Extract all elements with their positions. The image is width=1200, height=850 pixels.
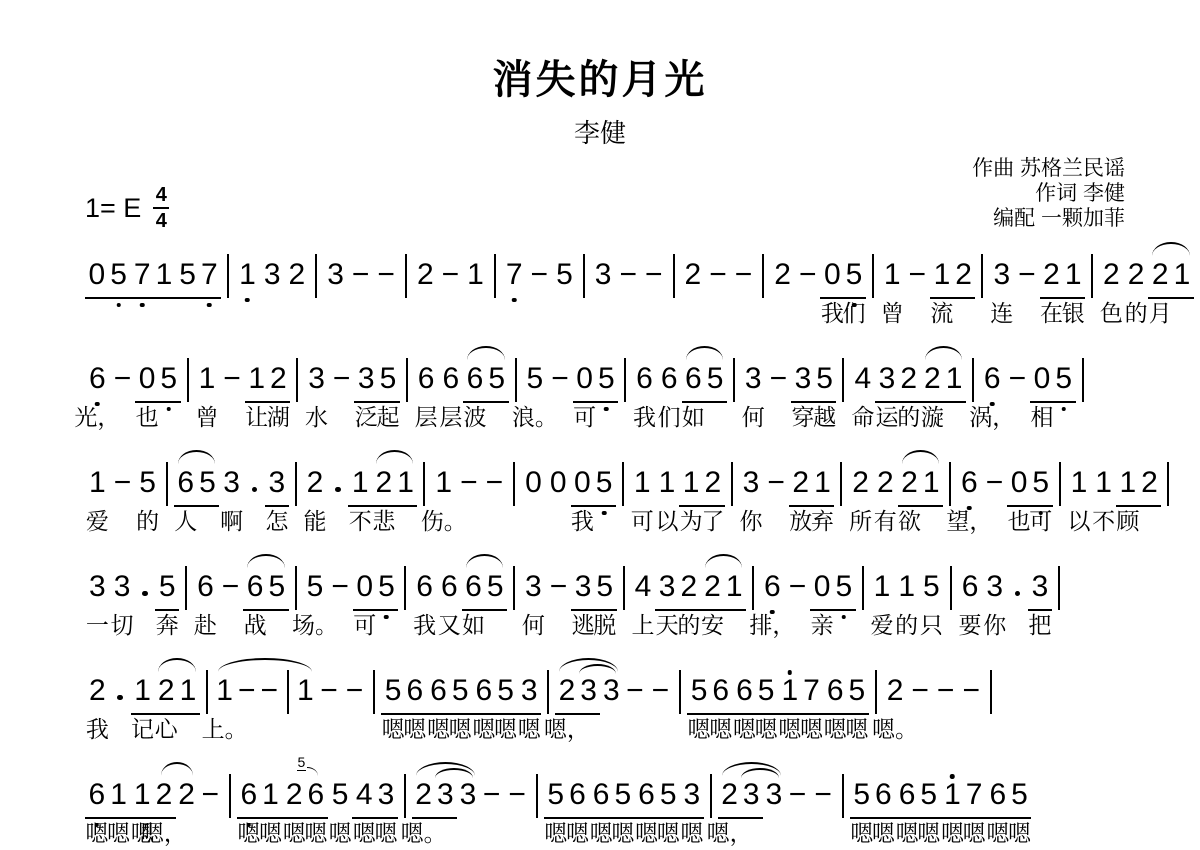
note: 3嗯 [521, 671, 538, 711]
note: 6排， [764, 567, 781, 607]
note-glyph: 2 [286, 778, 303, 811]
note: 2嗯。 [415, 775, 432, 815]
lyric: 泛 [355, 404, 378, 430]
barline [513, 462, 515, 506]
lyric: 我 [571, 508, 594, 534]
lyric: 上 [631, 612, 654, 638]
note: 3切 [114, 567, 131, 607]
beam-group: 3泛5起 [354, 359, 399, 403]
dash-note: − [789, 567, 807, 607]
barline [624, 358, 626, 402]
dash-note: − [645, 255, 663, 295]
note-glyph: 2 [89, 674, 106, 707]
note-glyph: 2 [901, 466, 918, 499]
note: 3天 [659, 567, 676, 607]
barline [547, 670, 549, 714]
barline [295, 462, 297, 506]
note-glyph: 1 [297, 674, 314, 707]
note: 4上 [635, 567, 652, 607]
lyric: 战 [244, 612, 267, 638]
barline [287, 670, 289, 714]
note-glyph: − [626, 674, 644, 707]
note: 6战 [247, 567, 264, 607]
note: 6我 [636, 359, 653, 399]
note-glyph: 1 [248, 362, 265, 395]
beam-group: 6如5 [682, 359, 727, 403]
note-glyph: 0 [356, 570, 373, 603]
lyric: 嗯。 [872, 716, 918, 742]
lyric: 可 [631, 508, 654, 534]
note: 6层 [418, 359, 435, 399]
lyric: 嗯 [472, 716, 495, 742]
note-glyph: 1 [435, 466, 452, 499]
note-glyph: 6 [418, 362, 435, 395]
note: 2嗯。 [887, 671, 904, 711]
slur-group: 1嗯2嗯，2 [130, 775, 197, 819]
note: 1不 [1095, 463, 1112, 503]
note-glyph: − [114, 466, 132, 499]
note-glyph: 2 [559, 674, 576, 707]
dash-note: − [508, 775, 526, 815]
note: 6嗯 [406, 671, 423, 711]
note-glyph: 6 [764, 570, 781, 603]
lyric: 如 [462, 612, 485, 638]
lyric: 何 [742, 404, 765, 430]
lyric: 连 [990, 300, 1013, 326]
beam-group: 2在1银 [1040, 255, 1085, 299]
barline [296, 358, 298, 402]
note-glyph: 6 [240, 778, 257, 811]
note-glyph: 5 [614, 778, 631, 811]
note: 1为 [683, 463, 700, 503]
note: 3嗯 [378, 775, 395, 815]
note-glyph: − [551, 362, 569, 395]
augmentation-dot [138, 567, 151, 607]
note: 6又 [441, 567, 458, 607]
note: 2湖 [270, 359, 287, 399]
lyric: 嗯 [680, 820, 703, 846]
note: 5脱 [596, 567, 613, 607]
note: 3逃 [575, 567, 592, 607]
lyric: 逃 [572, 612, 595, 638]
lyric: 嗯 [449, 716, 472, 742]
note-glyph: 5 [452, 674, 469, 707]
note-glyph: 1 [1095, 466, 1112, 499]
note-glyph: 1 [156, 258, 173, 291]
note: 1记 [134, 671, 151, 711]
note: 2嗯， [156, 775, 173, 815]
beam-group: 6嗯5嗯 [472, 671, 517, 715]
note: 1流 [934, 255, 951, 295]
dot-glyph [117, 695, 123, 701]
lyric: 漩 [921, 404, 944, 430]
fraction-bar [153, 207, 169, 209]
beam-group: 57 [176, 255, 221, 299]
note: 1 [1174, 255, 1191, 295]
beam-group: 05 [85, 255, 130, 299]
note: 6要 [962, 567, 979, 607]
note: 6嗯 [240, 775, 257, 815]
slur-arc-icon [376, 450, 413, 464]
note: 4嗯 [356, 775, 373, 815]
beam-group: 6战5 [243, 567, 288, 611]
lyric: 切 [111, 612, 134, 638]
note: 6我 [416, 567, 433, 607]
note: 1嗯 [134, 775, 151, 815]
lyric: 排， [749, 612, 795, 638]
note-glyph: 1 [946, 362, 963, 395]
lyric: 相 [1030, 404, 1053, 430]
barline [227, 254, 229, 298]
note-glyph: 2 [877, 466, 894, 499]
note-glyph: 5 [691, 674, 708, 707]
note: 65嗯 [308, 775, 325, 815]
lyric: 不 [349, 508, 372, 534]
dash-note: − [114, 359, 132, 399]
key-label: 1= E [85, 193, 141, 224]
dot-glyph [335, 487, 341, 493]
beam-group: 1嗯7嗯 [778, 671, 823, 715]
lyric: 我 [633, 404, 656, 430]
lyric: 能 [304, 508, 327, 534]
lyric: 可 [353, 612, 376, 638]
note: 3泛 [358, 359, 375, 399]
note-glyph: 5 [380, 362, 397, 395]
note-glyph: 5 [110, 258, 127, 291]
note: 6如 [465, 567, 482, 607]
note-glyph: 1 [110, 778, 127, 811]
note: 1可 [634, 463, 651, 503]
note-glyph: 2 [704, 570, 721, 603]
barline [404, 774, 406, 818]
lyric: 波 [464, 404, 487, 430]
note-glyph: 5 [920, 778, 937, 811]
note-glyph: 2 [1141, 466, 1158, 499]
note-glyph: 2 [792, 466, 809, 499]
beam-group: 6嗯5嗯 [635, 775, 680, 819]
note-glyph: 1 [659, 466, 676, 499]
barline [733, 358, 735, 402]
note: 2 [955, 255, 972, 295]
note-glyph: − [114, 362, 132, 395]
note-glyph: 2 [955, 258, 972, 291]
note-glyph: − [789, 778, 807, 811]
note: 6如 [685, 359, 702, 399]
dash-note: − [442, 255, 460, 295]
note: 3何 [745, 359, 762, 399]
note: 5嗯 [452, 671, 469, 711]
note: 2 [685, 255, 702, 295]
lyric: 色 [1100, 300, 1123, 326]
note-glyph: 3 [745, 362, 762, 395]
note: 1银 [1065, 255, 1082, 295]
note-glyph: 0 [814, 570, 831, 603]
note-glyph: − [1018, 258, 1036, 291]
note-glyph: 3 [575, 570, 592, 603]
dash-note: − [619, 255, 637, 295]
lyric: 不 [1092, 508, 1115, 534]
note-glyph: 5 [596, 466, 613, 499]
note: 5的 [139, 463, 156, 503]
dash-note: − [114, 463, 132, 503]
dash-note: − [377, 255, 395, 295]
lyric: 层 [415, 404, 438, 430]
note-glyph: 6 [442, 362, 459, 395]
lyric: 嗯 [304, 820, 327, 846]
note-glyph: 5 [268, 570, 285, 603]
note: 3 [766, 775, 783, 815]
note-glyph: 1 [1071, 466, 1088, 499]
note-glyph: 5 [846, 258, 863, 291]
note: 7 [134, 255, 151, 295]
note: 3 [437, 775, 454, 815]
beam-group: 2悲1 [372, 463, 417, 507]
dash-note: − [320, 671, 338, 711]
dash-note: − [331, 567, 349, 607]
beam-group: 0也5 [135, 359, 180, 403]
note-glyph: − [937, 674, 955, 707]
note-glyph: 6 [638, 778, 655, 811]
barline [1167, 462, 1169, 506]
composer-credit: 作曲 苏格兰民谣 [972, 156, 1125, 181]
barline [166, 462, 168, 506]
lyric: 嗯 [963, 820, 986, 846]
barline [185, 566, 187, 610]
note-glyph: 1 [199, 362, 216, 395]
lyric: 浪。 [512, 404, 558, 430]
note-glyph: 6 [89, 778, 106, 811]
lyric: 心 [155, 716, 178, 742]
note-glyph: 1 [781, 674, 798, 707]
time-denominator: 4 [156, 211, 167, 231]
note: 3啊 [223, 463, 240, 503]
note-glyph: 3 [460, 778, 477, 811]
beam-group: 0我5们 [820, 255, 865, 299]
note-glyph: 1 [467, 258, 484, 291]
note: 5 [707, 359, 724, 399]
note: 6嗯 [89, 775, 106, 815]
note: 2安 [704, 567, 721, 607]
note-glyph: 1 [134, 674, 151, 707]
beam-group: 1嗯7嗯 [941, 775, 986, 819]
note-glyph: 7 [201, 258, 218, 291]
note-glyph: 2 [774, 258, 791, 291]
dash-note: − [551, 359, 569, 399]
note-glyph: 2 [1152, 258, 1169, 291]
note-glyph: − [238, 674, 256, 707]
low-octave-dot [384, 615, 389, 620]
beam-group: 5嗯6嗯 [687, 671, 732, 715]
note: 5 [488, 359, 505, 399]
artist-name: 李健 [0, 113, 1200, 150]
note-glyph: 6 [569, 778, 586, 811]
beam-group: 5嗯6嗯 [850, 775, 895, 819]
beam-group: 2安1 [701, 567, 746, 611]
note-glyph: − [962, 674, 980, 707]
note-glyph: 2 [852, 466, 869, 499]
lyric: 了 [701, 508, 724, 534]
lyric: 你 [983, 612, 1006, 638]
note: 1爱 [874, 567, 891, 607]
note-glyph: − [442, 258, 460, 291]
note-glyph: 4 [356, 778, 373, 811]
note: 2悲 [376, 463, 393, 503]
slur-arc-icon [686, 346, 723, 360]
note: 3 [743, 775, 760, 815]
beam-group: 6如5 [462, 567, 507, 611]
dot-glyph [252, 487, 258, 493]
slur-arc-icon [158, 658, 195, 672]
note: 3 [327, 255, 344, 295]
lyric: 嗯 [611, 820, 634, 846]
note: 7嗯 [803, 671, 820, 711]
note: 6嗯 [875, 775, 892, 815]
note: 6嗯 [593, 775, 610, 815]
beam-group: 71 [130, 255, 175, 299]
lyric: 你 [740, 508, 763, 534]
rest-note: 0我 [824, 255, 841, 295]
note: 5嗯 [853, 775, 870, 815]
lyric: 嗯 [657, 820, 680, 846]
note: 2我 [89, 671, 106, 711]
barline [752, 566, 754, 610]
lyric: 嗯 [733, 716, 756, 742]
note-glyph: 2 [1103, 258, 1120, 291]
note-glyph: 1 [944, 778, 961, 811]
lyric: 月 [1149, 300, 1172, 326]
note-glyph: 6 [593, 778, 610, 811]
note-glyph: 5 [139, 466, 156, 499]
note-glyph: 3 [766, 778, 783, 811]
note: 6们 [661, 359, 678, 399]
beam-group: 0可5 [573, 359, 618, 403]
lyric: 运 [876, 404, 899, 430]
barline [315, 254, 317, 298]
lyric: 一 [86, 612, 109, 638]
note: 1上。 [216, 671, 233, 711]
dash-note: − [709, 255, 727, 295]
note-glyph: − [460, 466, 478, 499]
note-glyph: 5 [332, 778, 349, 811]
note: 1 [397, 463, 414, 503]
dash-note: − [260, 671, 278, 711]
low-octave-dot [167, 407, 172, 412]
lyric: 有 [874, 508, 897, 534]
time-numerator: 4 [156, 185, 167, 205]
note-glyph: 5 [487, 570, 504, 603]
note: 5嗯 [547, 775, 564, 815]
high-octave-dot [788, 670, 793, 675]
lyric: 穿 [791, 404, 814, 430]
note-glyph: 3 [89, 570, 106, 603]
note: 3 [264, 255, 281, 295]
rest-note: 0我 [574, 463, 591, 503]
lyric: 以 [655, 508, 678, 534]
note: 3连 [993, 255, 1010, 295]
note: 1爱 [89, 463, 106, 503]
barline [1091, 254, 1093, 298]
lyric: 嗯 [1008, 820, 1031, 846]
lyric: 爱 [86, 508, 109, 534]
barline [872, 254, 874, 298]
beam-group: 2嗯。3 [412, 775, 457, 819]
beam-group: 2心1 [154, 671, 199, 715]
lyric: 记 [131, 716, 154, 742]
barline [494, 254, 496, 298]
barline [731, 462, 733, 506]
note-glyph: 1 [923, 466, 940, 499]
note: 5嗯 [614, 775, 631, 815]
note-glyph: 5 [547, 778, 564, 811]
barline [622, 462, 624, 506]
note-glyph: 1 [1065, 258, 1082, 291]
lyric: 水 [305, 404, 328, 430]
lyric: 嗯 [845, 716, 868, 742]
note: 6望， [961, 463, 978, 503]
lyric: 起 [376, 404, 399, 430]
lyric: 嗯 [283, 820, 306, 846]
note-glyph: 6 [961, 466, 978, 499]
note: 5嗯 [849, 671, 866, 711]
note: 2 [774, 255, 791, 295]
sheet-music-page: { "header": { "title": "消失的月光", "subtitl… [0, 0, 1200, 850]
note-glyph: 3 [743, 778, 760, 811]
note: 5 [268, 567, 285, 607]
dash-note: − [909, 255, 927, 295]
note-glyph: − [352, 258, 370, 291]
slur-arc-icon [1152, 242, 1189, 256]
note: 1 [180, 671, 197, 711]
note-glyph: 1 [814, 466, 831, 499]
lyric: 要 [959, 612, 982, 638]
lyric: 场。 [292, 612, 338, 638]
barline [206, 670, 208, 714]
note-glyph: 5 [816, 362, 833, 395]
lyric: 嗯 [872, 820, 895, 846]
note: 6层 [442, 359, 459, 399]
note-glyph: 5 [598, 362, 615, 395]
note: 1以 [1071, 463, 1088, 503]
dash-note: − [352, 255, 370, 295]
barline [1058, 566, 1060, 610]
barline [229, 774, 231, 818]
note-glyph: 2 [376, 466, 393, 499]
note: 2有 [877, 463, 894, 503]
slur-arc-icon [902, 450, 939, 464]
note: 5 [596, 463, 613, 503]
note-glyph: 3 [264, 258, 281, 291]
low-octave-dot [604, 407, 609, 412]
dash-note: − [201, 775, 219, 815]
lyric: 上。 [202, 716, 248, 742]
lyric: 何 [522, 612, 545, 638]
note-glyph: 4 [635, 570, 652, 603]
barline [406, 358, 408, 402]
note-glyph: 5 [556, 258, 573, 291]
note: 3一 [89, 567, 106, 607]
barline [373, 670, 375, 714]
beam-group: 2嗯65嗯 [282, 775, 327, 819]
note-glyph: − [550, 570, 568, 603]
lyric: 嗯 [941, 820, 964, 846]
beam-group: 6嗯5嗯 [733, 671, 778, 715]
note-glyph: 5 [307, 570, 324, 603]
lyric: 嗯 [709, 716, 732, 742]
beam-group: 3嗯 [680, 775, 704, 819]
lyric: 也 [1008, 508, 1031, 534]
note: 2的 [900, 359, 917, 399]
note-glyph: 5 [385, 674, 402, 707]
